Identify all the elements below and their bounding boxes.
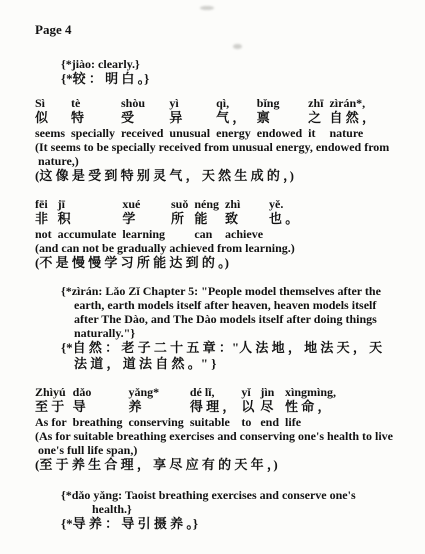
hanzi-word: 也 。 [269,211,298,227]
hanzi-word: 所 [171,211,188,227]
gloss-word: can [194,227,219,241]
note-line: after The Dào, and The Dào models itself… [61,312,425,326]
scan-speck [233,44,242,49]
note-line: {*导 养 ： 导 引 摄 养 。} [61,516,425,532]
gloss-word: not [35,227,52,241]
hanzi-word: 气 ， [216,110,251,126]
interlinear-column: fēi 非 not [35,197,52,241]
interlinear-column: jìn 尽 end [260,385,279,429]
hanzi-word: 性 命 ， [285,399,336,415]
gloss-word [269,227,298,241]
interlinear-column: yě. 也 。 [269,197,298,241]
note-line: {*dǎo yǎng: Taoist breathing exercises a… [61,488,425,502]
hanzi-word: 尽 [260,399,279,415]
note-line: {*jiào: clearly.} [61,57,425,71]
interlinear-column: yì 异 unusual [169,96,210,140]
hanzi-word: 特 [71,110,115,126]
hanzi-word: 能 [194,211,219,227]
note-line: earth, earth models itself after heaven,… [61,298,425,312]
interlinear-column: bǐng 禀 endowed [257,96,302,140]
hanzi-word: 养 [128,399,183,415]
hanzi-word: 受 [121,110,163,126]
pinyin-word: yì [169,96,210,110]
pinyin-word: dé lǐ, [190,385,236,399]
hanzi-word: 异 [169,110,210,126]
pinyin-word: bǐng [257,96,302,110]
hanzi-word: 之 [308,110,323,126]
pinyin-word: jī [58,197,117,211]
interlinear-column: suǒ 所 [171,197,188,241]
gloss-word: end [260,415,279,429]
paraphrase-zh: (至 于 养 生 合 理 ， 享 尽 应 有 的 天 年 ，) [35,457,425,473]
translation-en: (and can not be gradually achieved from … [35,241,425,255]
gloss-word: it [308,126,323,140]
pinyin-word: fēi [35,197,52,211]
note-jiao: {*jiào: clearly.} {*较 ： 明 白 。} [61,57,425,87]
scanned-document-page: Page 4 {*jiào: clearly.} {*较 ： 明 白 。} Sì… [0,0,425,554]
gloss-word: suitable [190,415,236,429]
translation-line: (and can not be gradually achieved from … [35,241,425,255]
interlinear-column: yǎng* 养 conserving [128,385,183,429]
hanzi-word: 至 于 [35,399,67,415]
gloss-word: achieve [225,227,263,241]
interlinear-column: néng 能 can [194,197,219,241]
note-daoyang: {*dǎo yǎng: Taoist breathing exercises a… [61,488,425,532]
gloss-word: seems [35,126,65,140]
verse-fei-ji-xue: fēi 非 not jī 积 accumulate xué 学 learning [35,197,425,271]
hanzi-word: 非 [35,211,52,227]
gloss-word: nature [329,126,375,140]
gloss-word: As for [35,415,67,429]
translation-en: (As for suitable breathing exercises and… [35,429,425,457]
pinyin-word: zhì [225,197,263,211]
pinyin-word: xué [122,197,165,211]
interlinear-column: zhì 致 achieve [225,197,263,241]
interlinear-column: xìngmìng, 性 命 ， life [285,385,336,429]
note-ziran-laozi: {*zìrán: Lǎo Zǐ Chapter 5: "People model… [61,284,425,372]
interlinear-row: fēi 非 not jī 积 accumulate xué 学 learning [35,197,425,241]
interlinear-row: Sì 似 seems tè 特 specially shòu 受 receive… [35,96,425,140]
hanzi-word: 自 然 ， [329,110,375,126]
gloss-word: breathing [73,415,123,429]
hanzi-word: 积 [58,211,117,227]
note-line: {*较 ： 明 白 。} [61,71,425,87]
pinyin-word: qì, [216,96,251,110]
interlinear-column: dé lǐ, 得 理 ， suitable [190,385,236,429]
interlinear-column: dǎo 导 breathing [73,385,123,429]
hanzi-word: 致 [225,211,263,227]
pinyin-word: shòu [121,96,163,110]
pinyin-word: jìn [260,385,279,399]
gloss-word: unusual [169,126,210,140]
translation-line: (As for suitable breathing exercises and… [35,429,425,443]
pinyin-word: suǒ [171,197,188,211]
pinyin-word: yǐ [241,385,254,399]
paraphrase-zh: (不 是 慢 慢 学 习 所 能 达 到 的 。) [35,255,425,271]
pinyin-word: zhī [308,96,323,110]
interlinear-column: qì, 气 ， energy [216,96,251,140]
translation-line: (It seems to be specially received from … [35,140,425,154]
scan-speck [200,6,214,10]
hanzi-word: 得 理 ， [190,399,236,415]
gloss-word: endowed [257,126,302,140]
interlinear-column: xué 学 learning [122,197,165,241]
interlinear-column: Sì 似 seems [35,96,65,140]
interlinear-row: Zhìyú 至 于 As for dǎo 导 breathing yǎng* 养… [35,385,425,429]
gloss-word [171,227,188,241]
gloss-word: life [285,415,336,429]
note-line: {*zìrán: Lǎo Zǐ Chapter 5: "People model… [61,284,425,298]
hanzi-word: 学 [122,211,165,227]
translation-line: one's full life span,) [35,443,425,457]
gloss-word: specially [71,126,115,140]
interlinear-column: Zhìyú 至 于 As for [35,385,67,429]
pinyin-word: Sì [35,96,65,110]
pinyin-word: xìngmìng, [285,385,336,399]
gloss-word: learning [122,227,165,241]
hanzi-word: 禀 [257,110,302,126]
hanzi-word: 似 [35,110,65,126]
gloss-word: energy [216,126,251,140]
note-line: 法 道 ， 道 法 自 然 。" } [61,356,425,372]
translation-line: nature,) [35,154,425,168]
interlinear-column: shòu 受 received [121,96,163,140]
interlinear-column: zhī 之 it [308,96,323,140]
pinyin-word: zìrán*, [329,96,375,110]
pinyin-word: tè [71,96,115,110]
gloss-word: received [121,126,163,140]
verse-si-te-shou: Sì 似 seems tè 特 specially shòu 受 receive… [35,96,425,184]
hanzi-word: 以 [241,399,254,415]
note-line: health.} [61,502,425,516]
translation-en: (It seems to be specially received from … [35,140,425,168]
interlinear-column: jī 积 accumulate [58,197,117,241]
pinyin-word: yǎng* [128,385,183,399]
paraphrase-zh: (这 像 是 受 到 特 别 灵 气 ， 天 然 生 成 的 ，) [35,168,425,184]
pinyin-word: yě. [269,197,298,211]
page-number: Page 4 [35,22,425,37]
gloss-word: to [241,415,254,429]
pinyin-word: Zhìyú [35,385,67,399]
gloss-word: conserving [128,415,183,429]
gloss-word: accumulate [58,227,117,241]
pinyin-word: néng [194,197,219,211]
interlinear-column: tè 特 specially [71,96,115,140]
hanzi-word: 导 [73,399,123,415]
interlinear-column: yǐ 以 to [241,385,254,429]
note-line: {*自 然 ： 老 子 二 十 五 章 ："人 法 地 ， 地 法 天 ， 天 [61,340,425,356]
interlinear-column: zìrán*, 自 然 ， nature [329,96,375,140]
note-line: naturally."} [61,326,425,340]
verse-zhiyu-dao-yang: Zhìyú 至 于 As for dǎo 导 breathing yǎng* 养… [35,385,425,473]
pinyin-word: dǎo [73,385,123,399]
